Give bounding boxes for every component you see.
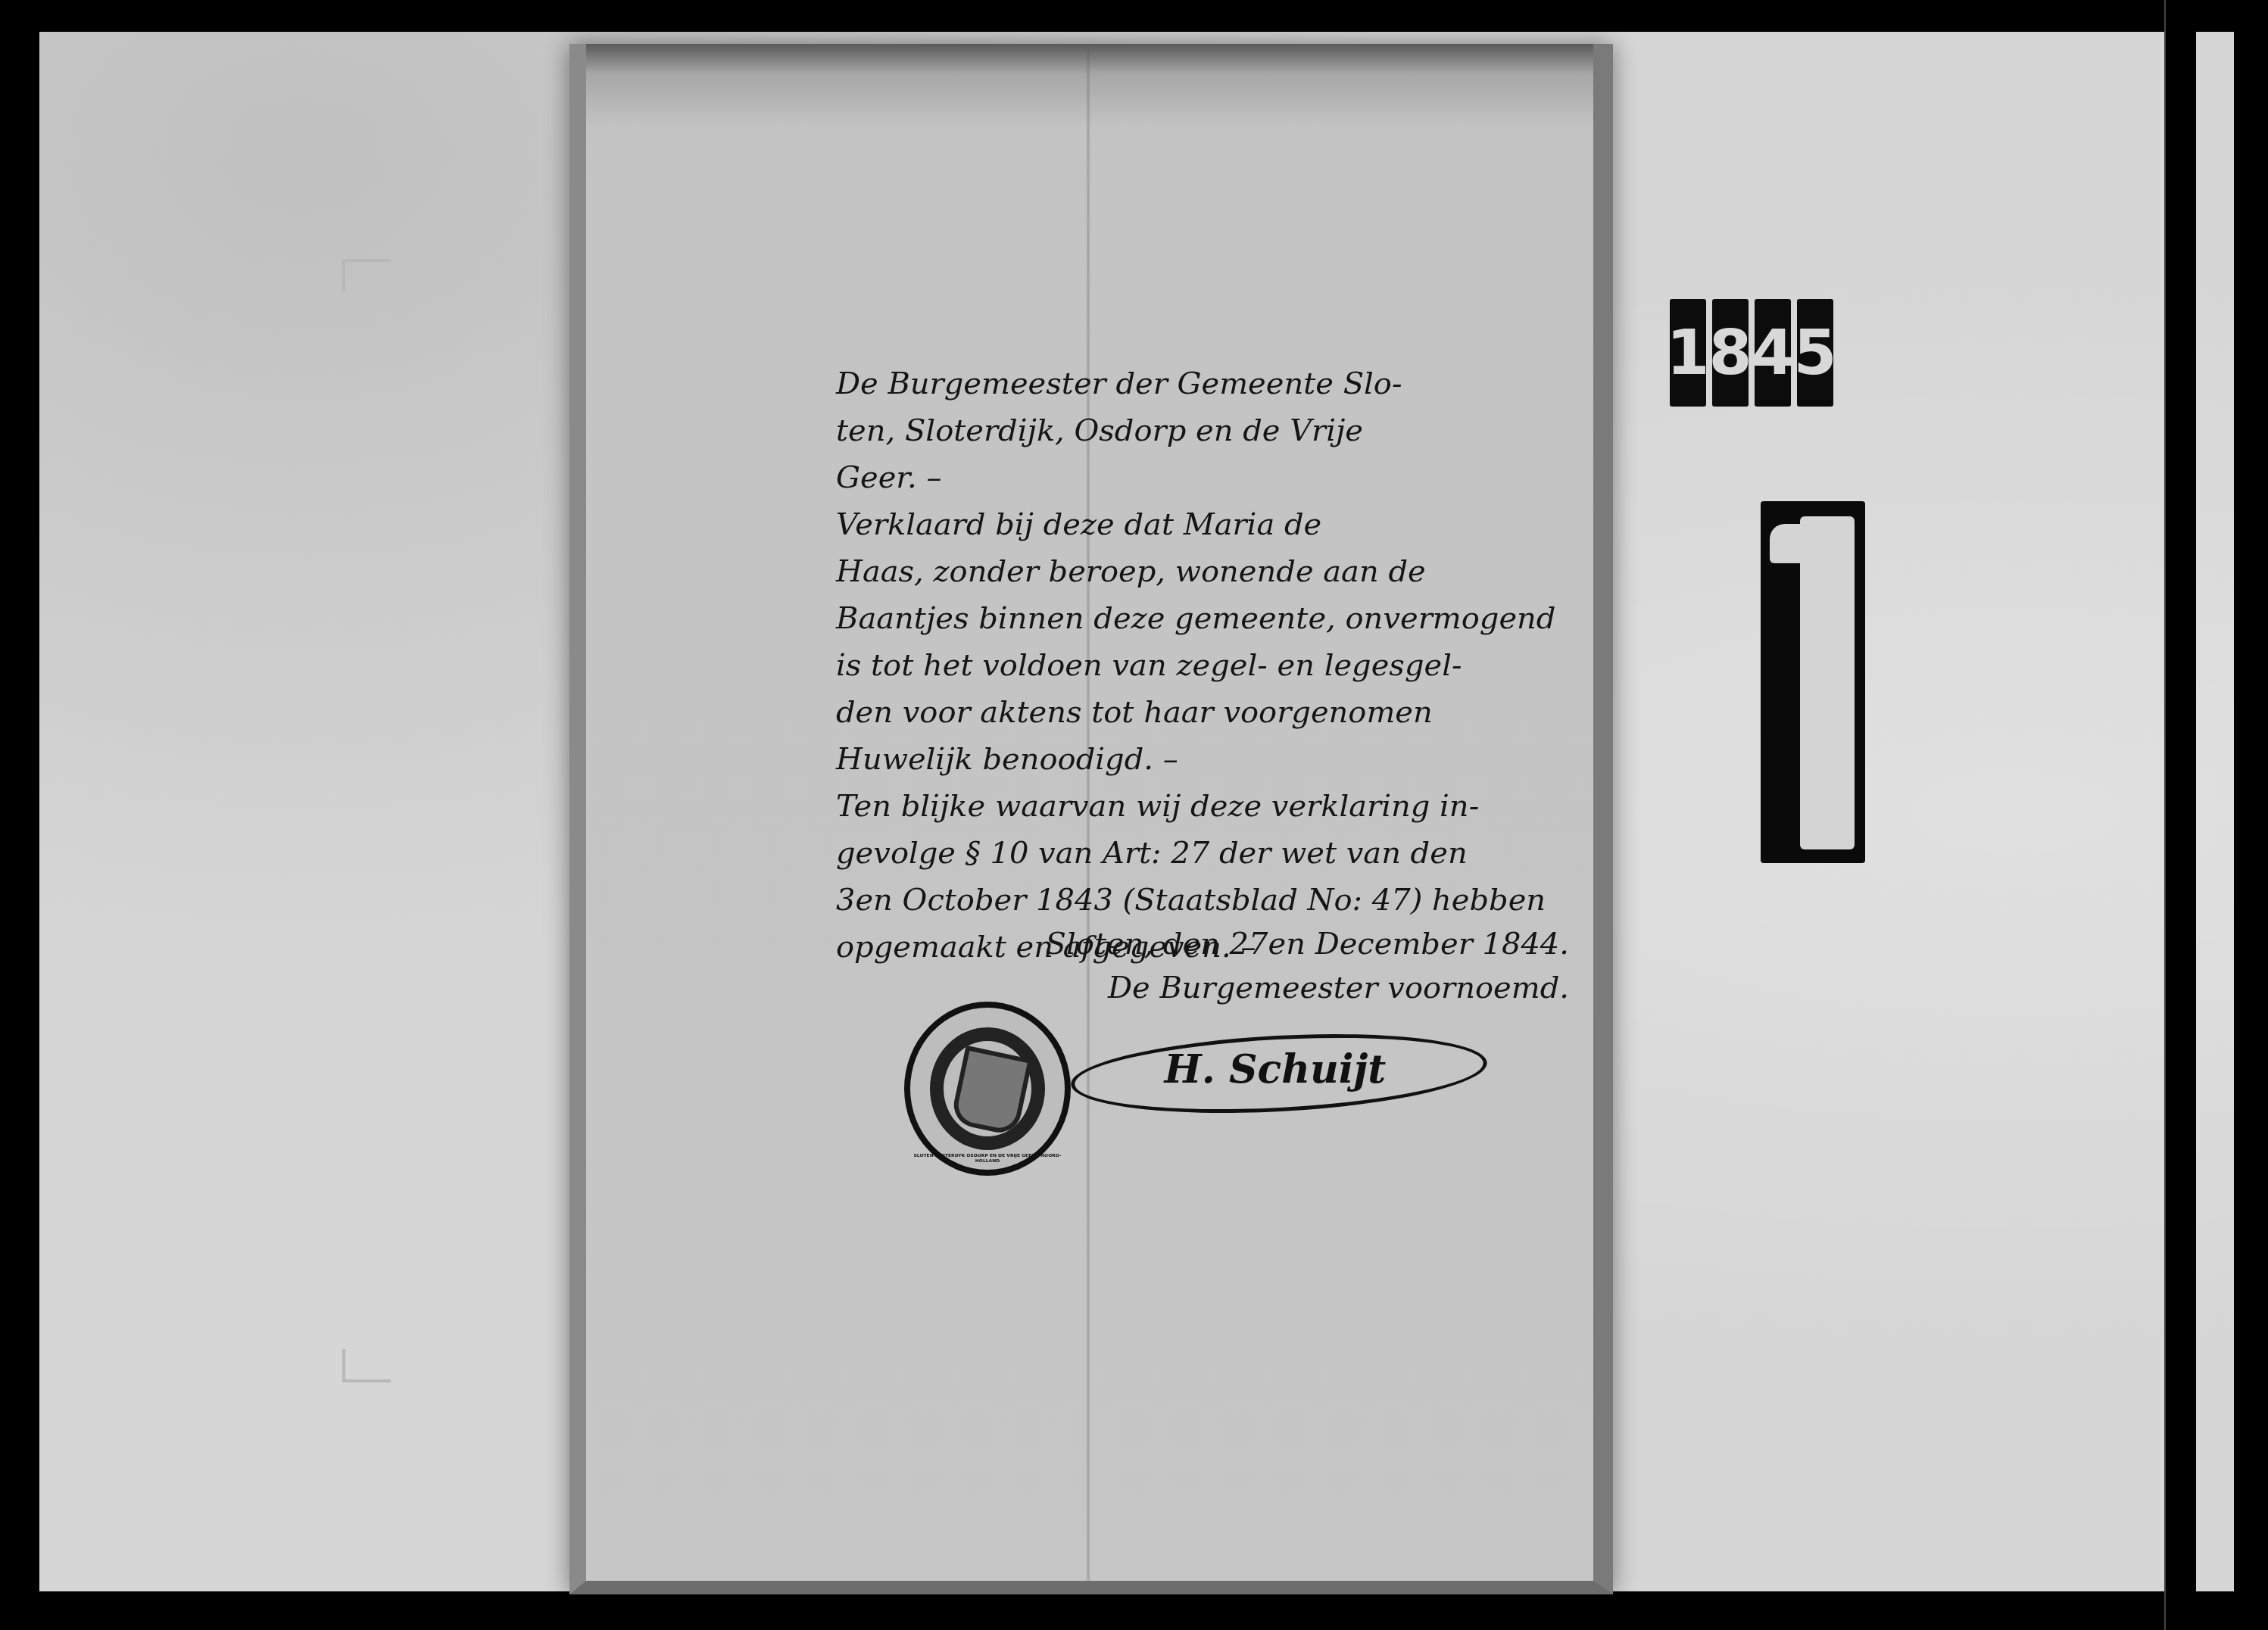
letter-line: Verklaard bij deze dat Maria de [836, 501, 1563, 548]
letter-line: 3en October 1843 (Staatsblad No: 47) heb… [836, 877, 1563, 924]
corner-mark-top-left [342, 259, 391, 292]
year-digit: 1 [1670, 299, 1706, 407]
letter-line: De Burgemeester der Gemeente Slo- [836, 360, 1563, 407]
letter-line: den voor aktens tot haar voorgenomen [836, 689, 1563, 736]
letter-line: Baantjes binnen deze gemeente, onvermoge… [836, 595, 1563, 642]
year-digit: 4 [1755, 299, 1791, 407]
digit-one-shape [1800, 516, 1855, 849]
signature: H. Schuijt [1078, 1021, 1472, 1119]
letter-line: Geer. – [836, 454, 1563, 501]
item-number-label: 1 [1761, 501, 1865, 863]
corner-mark-bottom-left [342, 1349, 391, 1382]
film-edge-strip [2164, 0, 2196, 1630]
year-label: 1 8 4 5 [1670, 299, 1833, 407]
letter-body: De Burgemeester der Gemeente Slo- ten, S… [836, 360, 1563, 971]
place-date: Sloten, den 27en December 1844. [1039, 922, 1569, 966]
letter-line: Haas, zonder beroep, wonende aan de [836, 548, 1563, 595]
letter-line: Huwelijk benoodigd. – [836, 736, 1563, 783]
letter-line: gevolge § 10 van Art: 27 der wet van den [836, 830, 1563, 877]
seal-inscription: SLOTEN SLOTERDYK OSDORP EN DE VRIJE GEER… [910, 1153, 1065, 1164]
year-digit: 5 [1797, 299, 1833, 407]
document-page: De Burgemeester der Gemeente Slo- ten, S… [569, 44, 1613, 1594]
signatory-title: De Burgemeester voornoemd. [1039, 966, 1569, 1010]
letter-line: ten, Sloterdijk, Osdorp en de Vrije [836, 407, 1563, 454]
letter-line: Ten blijke waarvan wij deze verklaring i… [836, 783, 1563, 830]
letter-closing: Sloten, den 27en December 1844. De Burge… [1039, 922, 1569, 1010]
municipal-seal: SLOTEN SLOTERDYK OSDORP EN DE VRIJE GEER… [904, 1002, 1071, 1176]
letter-line: is tot het voldoen van zegel- en legesge… [836, 642, 1563, 689]
year-digit: 8 [1712, 299, 1749, 407]
